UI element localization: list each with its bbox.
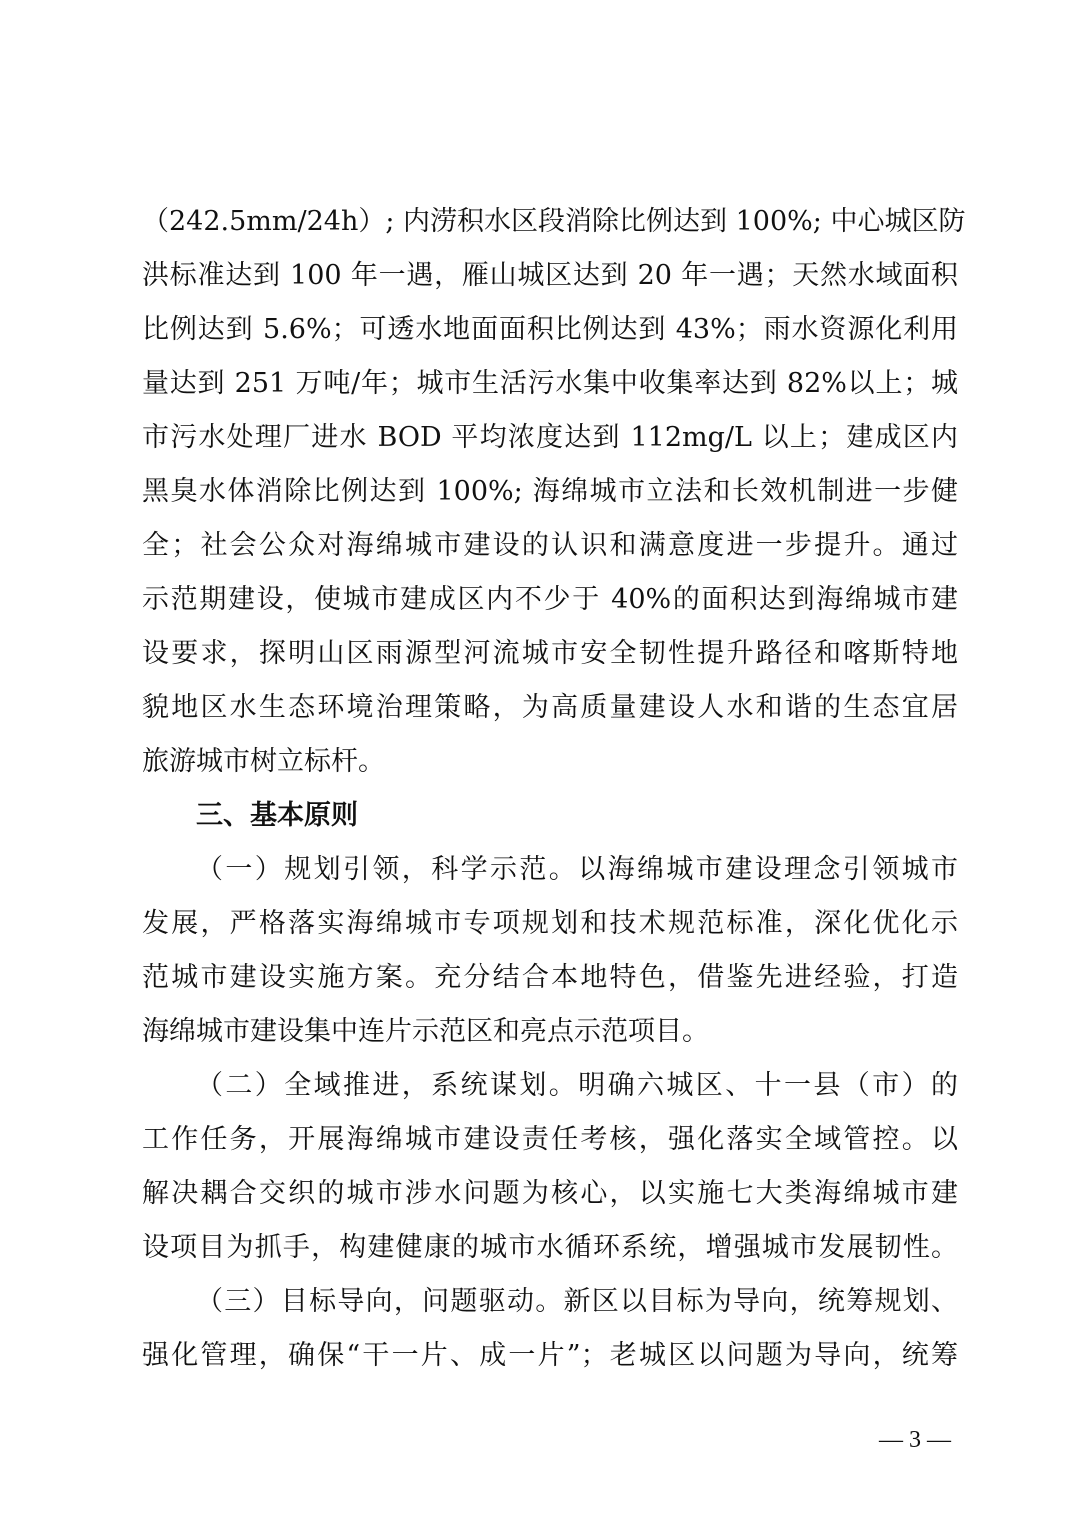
principle-1-line: 海绵城市建设集中连片示范区和亮点示范项目。: [142, 1005, 958, 1059]
principle-3-line: （三）目标导向，问题驱动。新区以目标为导向，统筹规划、: [196, 1275, 958, 1329]
principle-2-line: 解决耦合交织的城市涉水问题为核心，以实施七大类海绵城市建: [142, 1167, 958, 1221]
body-text-line: （242.5mm/24h）; 内涝积水区段消除比例达到 100%; 中心城区防: [142, 195, 958, 249]
body-text-line: 洪标准达到 100 年一遇，雁山城区达到 20 年一遇；天然水域面积: [142, 249, 958, 303]
body-text-line: 示范期建设，使城市建成区内不少于 40%的面积达到海绵城市建: [142, 573, 958, 627]
section-heading: 三、基本原则: [196, 789, 358, 843]
body-text-line: 貌地区水生态环境治理策略，为高质量建设人水和谐的生态宜居: [142, 681, 958, 735]
page-number: — 3 —: [860, 1420, 970, 1460]
principle-3-line: 强化管理，确保“干一片、成一片”；老城区以问题为导向，统筹: [142, 1329, 958, 1383]
principle-2-line: （二）全域推进，系统谋划。明确六城区、十一县（市）的: [196, 1059, 958, 1113]
principle-2-line: 工作任务，开展海绵城市建设责任考核，强化落实全域管控。以: [142, 1113, 958, 1167]
principle-1-line: 发展，严格落实海绵城市专项规划和技术规范标准，深化优化示: [142, 897, 958, 951]
body-text-line: 比例达到 5.6%；可透水地面面积比例达到 43%；雨水资源化利用: [142, 303, 958, 357]
body-text-line: 全；社会公众对海绵城市建设的认识和满意度进一步提升。通过: [142, 519, 958, 573]
principle-1-line: （一）规划引领，科学示范。以海绵城市建设理念引领城市: [196, 843, 958, 897]
body-text-line: 黑臭水体消除比例达到 100%; 海绵城市立法和长效机制进一步健: [142, 465, 958, 519]
principle-1-line: 范城市建设实施方案。充分结合本地特色，借鉴先进经验，打造: [142, 951, 958, 1005]
body-text-line: 市污水处理厂进水 BOD 平均浓度达到 112mg/L 以上；建成区内: [142, 411, 958, 465]
body-text-line: 设要求，探明山区雨源型河流城市安全韧性提升路径和喀斯特地: [142, 627, 958, 681]
body-text-line: 旅游城市树立标杆。: [142, 735, 958, 789]
document-page: （242.5mm/24h）; 内涝积水区段消除比例达到 100%; 中心城区防 …: [0, 0, 1074, 1520]
body-text-line: 量达到 251 万吨/年；城市生活污水集中收集率达到 82%以上；城: [142, 357, 958, 411]
principle-2-line: 设项目为抓手，构建健康的城市水循环系统，增强城市发展韧性。: [142, 1221, 958, 1275]
